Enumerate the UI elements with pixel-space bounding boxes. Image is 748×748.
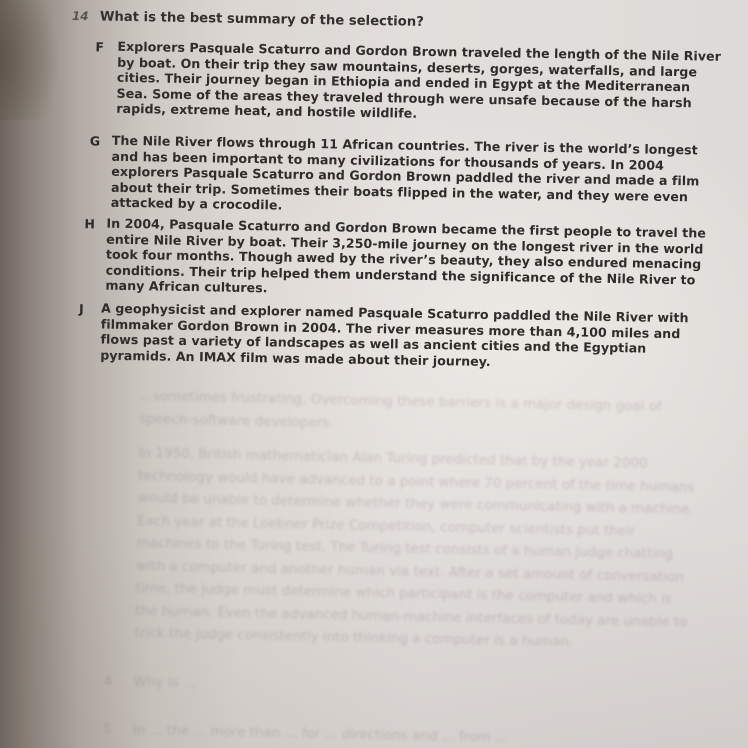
option-text: A geophysicist and explorer named Pasqua… <box>100 301 699 373</box>
option-letter: F <box>94 38 117 116</box>
question-number: 14 <box>72 9 100 23</box>
option-text: The Nile River flows through 11 African … <box>111 133 724 221</box>
page-shading <box>0 528 748 748</box>
finger-shadow <box>0 0 60 120</box>
option-letter: J <box>78 300 101 363</box>
option-text: In 2004, Pasquale Scaturro and Gordon Br… <box>105 216 722 304</box>
answer-option-g[interactable]: G The Nile River flows through 11 Africa… <box>89 132 724 220</box>
option-letter: H <box>83 215 106 293</box>
answer-option-f[interactable]: F Explorers Pasquale Scaturro and Gordon… <box>94 38 725 126</box>
option-letter: G <box>89 132 112 210</box>
answer-option-h[interactable]: H In 2004, Pasquale Scaturro and Gordon … <box>83 215 722 304</box>
answer-option-j[interactable]: J A geophysicist and explorer named Pasq… <box>78 300 699 373</box>
option-text: Explorers Pasquale Scaturro and Gordon B… <box>116 39 725 127</box>
